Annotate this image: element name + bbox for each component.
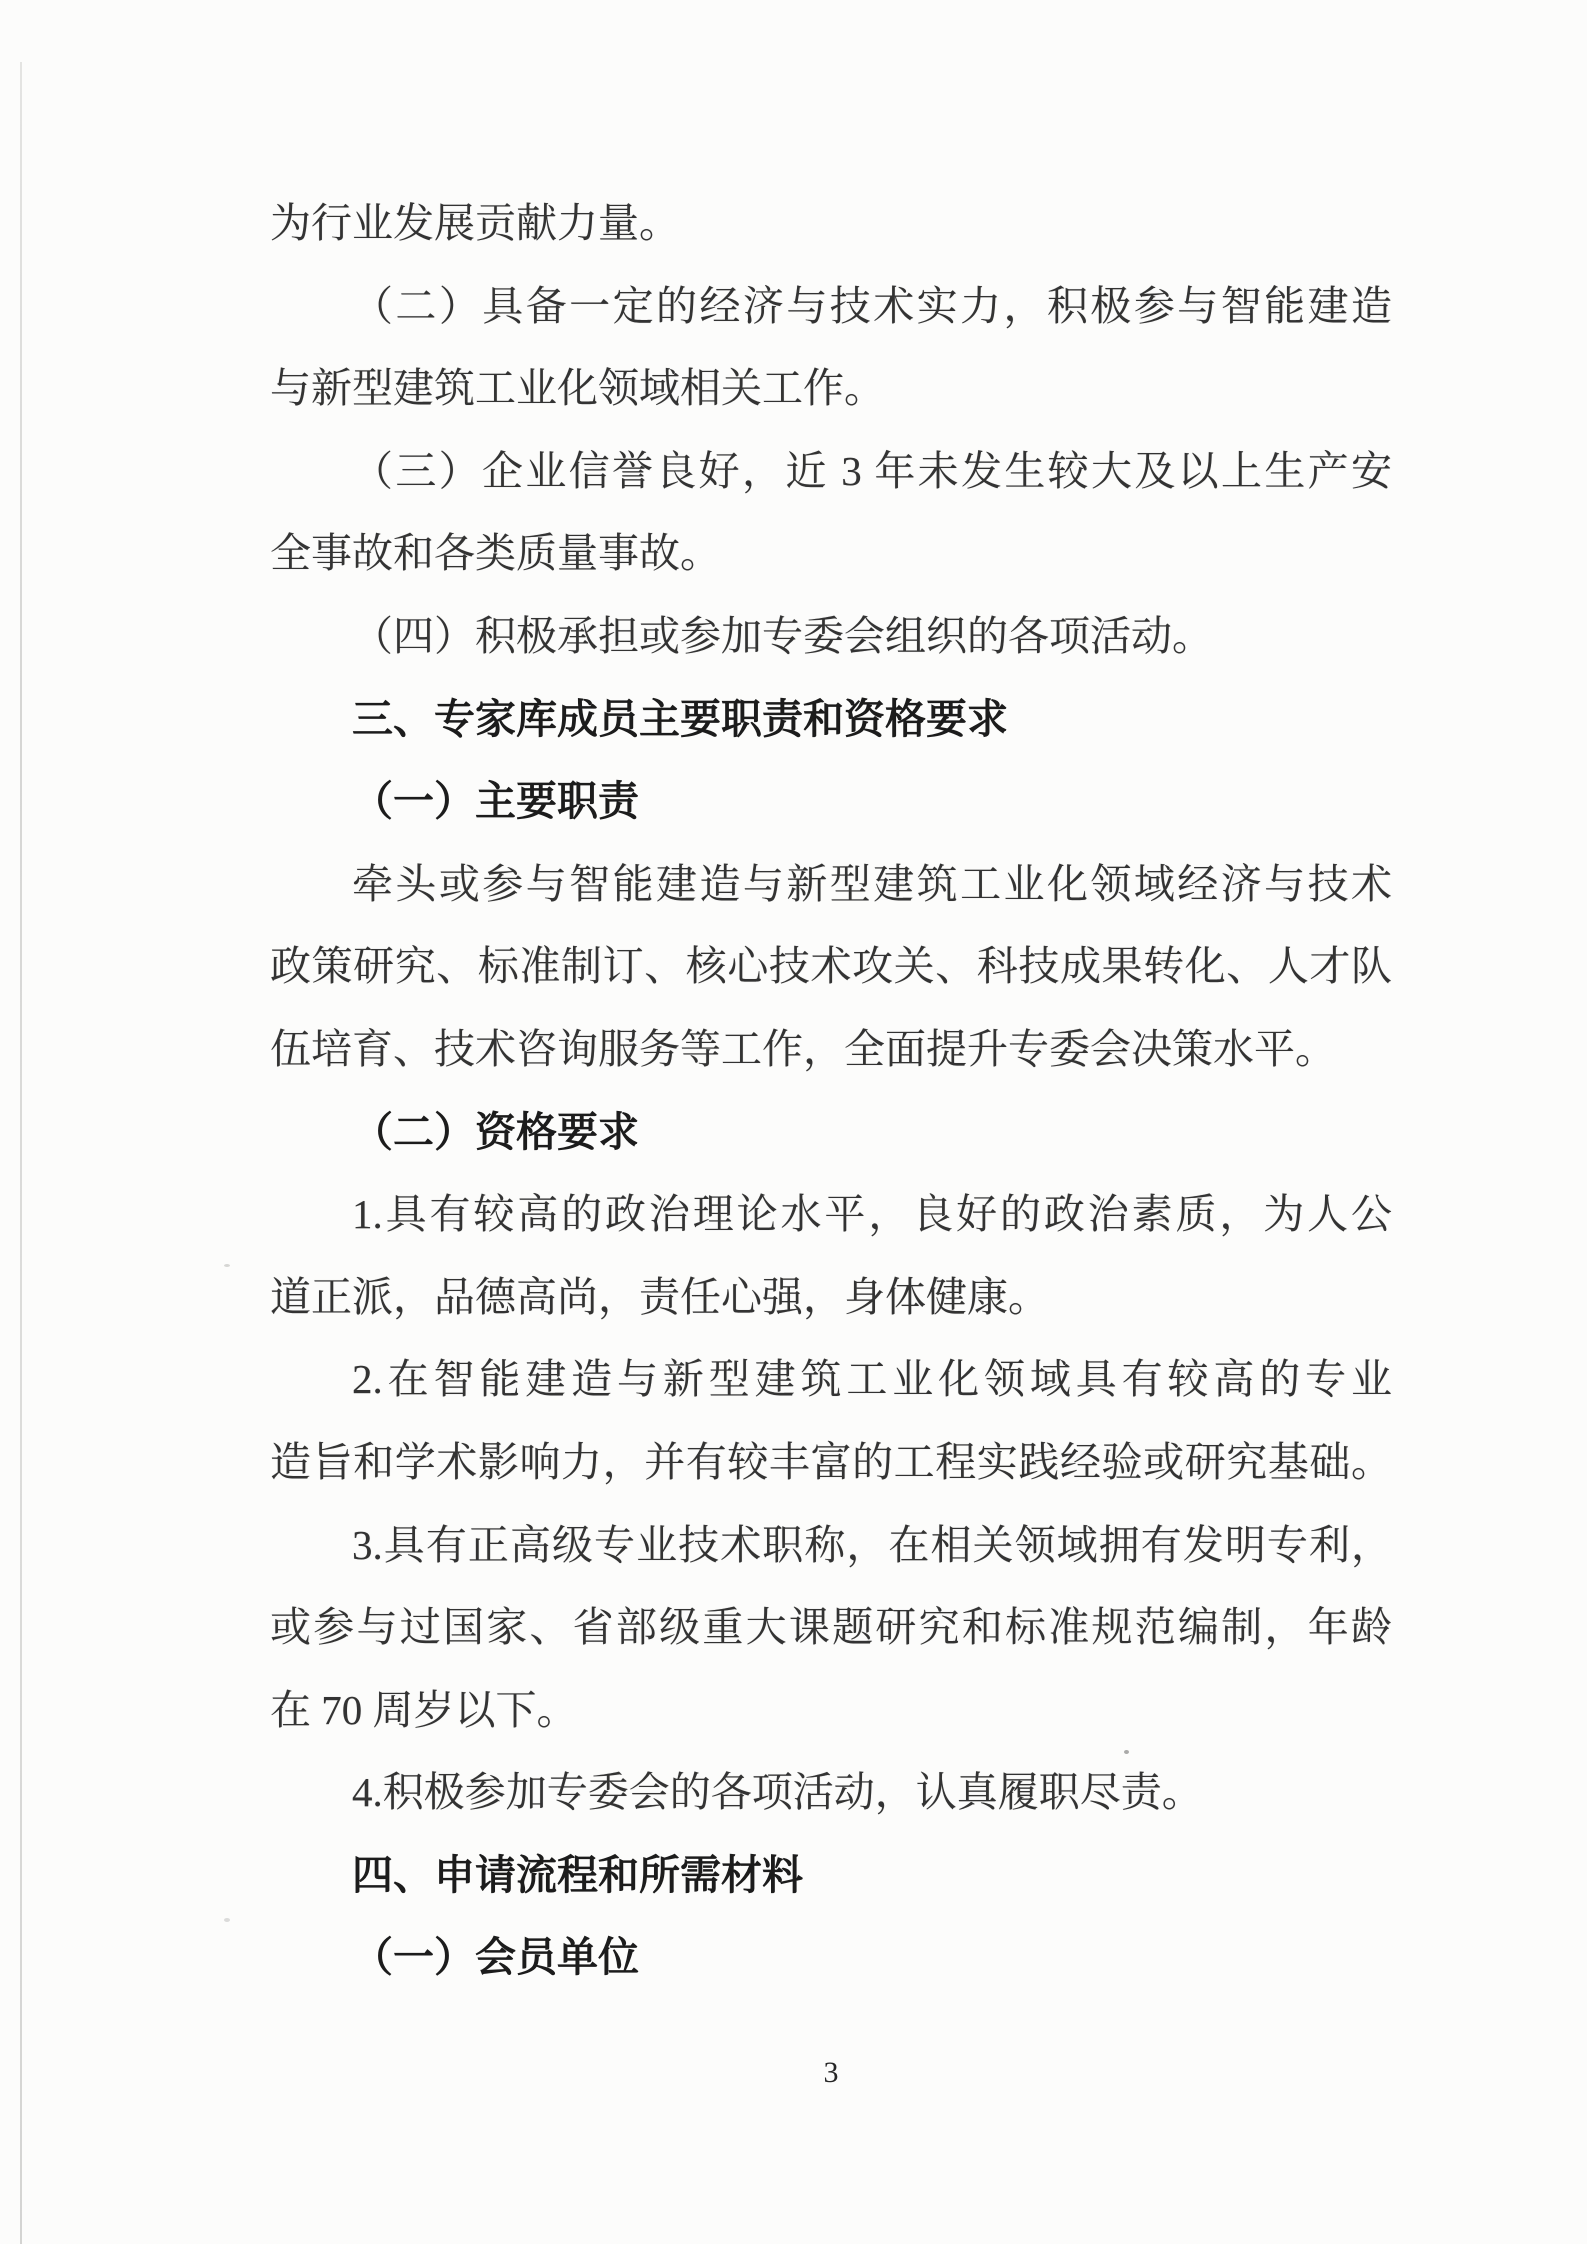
scan-edge-artifact-line <box>20 62 22 2244</box>
list-item-line-2: （二）具备一定的经济与技术实力，积极参与智能建造 <box>270 265 1392 348</box>
paragraph-line: 全事故和各类质量事故。 <box>270 512 1392 595</box>
paragraph-line: 伍培育、技术咨询服务等工作，全面提升专委会决策水平。 <box>270 1008 1392 1091</box>
heading-section-3: 三、专家库成员主要职责和资格要求 <box>270 678 1392 761</box>
numbered-item-1: 1.具有较高的政治理论水平，良好的政治素质，为人公 <box>270 1173 1392 1256</box>
list-item-line-4: （四）积极承担或参加专委会组织的各项活动。 <box>270 595 1392 678</box>
document-body: 为行业发展贡献力量。 （二）具备一定的经济与技术实力，积极参与智能建造 与新型建… <box>270 182 1392 1999</box>
page-number: 3 <box>270 2056 1392 2090</box>
paragraph-line: 造旨和学术影响力，并有较丰富的工程实践经验或研究基础。 <box>270 1421 1392 1504</box>
paragraph-line: 为行业发展贡献力量。 <box>270 182 1392 265</box>
heading-section-4: 四、申请流程和所需材料 <box>270 1834 1392 1917</box>
scanned-document-page: 为行业发展贡献力量。 （二）具备一定的经济与技术实力，积极参与智能建造 与新型建… <box>0 0 1587 2244</box>
scan-speck <box>224 1918 230 1922</box>
heading-member-unit: （一）会员单位 <box>270 1916 1392 1999</box>
scan-speck <box>1124 1750 1129 1754</box>
paragraph-line: 政策研究、标准制订、核心技术攻关、科技成果转化、人才队 <box>270 925 1392 1008</box>
paragraph-line: 或参与过国家、省部级重大课题研究和标准规范编制，年龄 <box>270 1586 1392 1669</box>
scan-speck <box>224 1264 230 1267</box>
list-item-line-3: （三）企业信誉良好，近 3 年未发生较大及以上生产安 <box>270 430 1392 513</box>
heading-main-duties: （一）主要职责 <box>270 760 1392 843</box>
numbered-item-3: 3.具有正高级专业技术职称，在相关领域拥有发明专利， <box>270 1504 1392 1587</box>
heading-qualifications: （二）资格要求 <box>270 1091 1392 1174</box>
numbered-item-4: 4.积极参加专委会的各项活动，认真履职尽责。 <box>270 1751 1392 1834</box>
paragraph-line: 牵头或参与智能建造与新型建筑工业化领域经济与技术 <box>270 843 1392 926</box>
paragraph-line: 在 70 周岁以下。 <box>270 1669 1392 1752</box>
paragraph-line: 与新型建筑工业化领域相关工作。 <box>270 347 1392 430</box>
numbered-item-2: 2.在智能建造与新型建筑工业化领域具有较高的专业 <box>270 1338 1392 1421</box>
paragraph-line: 道正派，品德高尚，责任心强，身体健康。 <box>270 1256 1392 1339</box>
